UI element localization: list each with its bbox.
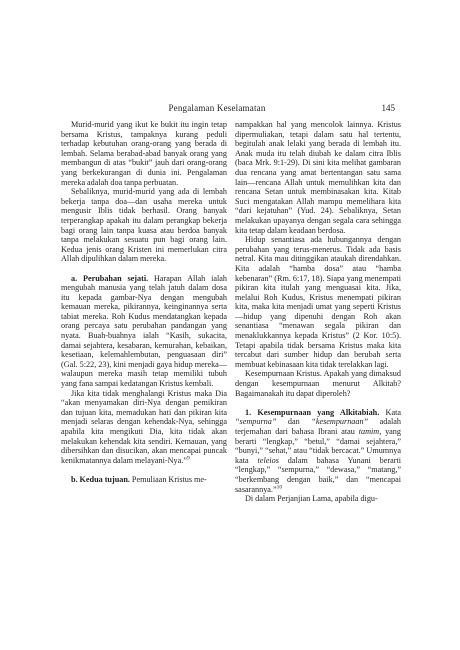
text-run: Harapan Allah ialah mengubah manusia yan… [61,274,227,389]
text-run: Hidup senantiasa ada hubungannya dengan … [235,235,401,369]
paragraph: Murid-murid yang ikut ke bukit itu ingin… [61,120,227,187]
text-run: “sempurna” [235,417,276,426]
paragraph: nampakkan hal yang mencolok lainnya. Kri… [235,120,401,235]
text-run: tamim [359,427,379,436]
text-run: Sebaliknya, murid-murid yang ada di lemb… [61,187,227,263]
paragraph: Di dalam Perjanjian Lama, apabila digu- [235,494,401,504]
paragraph: 1. Kesempurnaan yang Alkitabiah. Kata “s… [235,408,401,494]
paragraph: Jika kita tidak menghalangi Kristus maka… [61,389,227,466]
paragraph: b. Kedua tujuan. Pemuliaan Kristus me- [61,475,227,485]
text-run: Pemuliaan Kristus me- [132,475,207,484]
page-header: Pengalaman Keselamatan 145 [61,103,401,115]
text-run: Murid-murid yang ikut ke bukit itu ingin… [61,120,227,187]
inline-heading: a. Perubahan sejati. [71,274,154,283]
inline-heading: b. Kedua tujuan. [71,475,132,484]
text-run: Kesempurnaan Kristus. Apakah yang dimaks… [235,369,401,397]
footnote-ref: 10 [277,484,283,490]
text-run: Jika kita tidak menghalangi Kristus maka… [61,389,227,465]
text-columns: Murid-murid yang ikut ke bukit itu ingin… [61,120,401,504]
text-run: Di dalam Perjanjian Lama, apabila digu- [245,494,378,503]
book-page: Pengalaman Keselamatan 145 Murid-murid y… [0,0,460,650]
paragraph: Sebaliknya, murid-murid yang ada di lemb… [61,187,227,264]
page-number: 145 [382,103,396,113]
paragraph: a. Perubahan sejati. Harapan Allah ialah… [61,274,227,389]
paragraph: Kesempurnaan Kristus. Apakah yang dimaks… [235,369,401,398]
footnote-ref: 9 [187,455,190,461]
text-run: “kesempurnaan” [311,417,368,426]
text-run: teleios [258,456,279,465]
paragraph: Hidup senantiasa ada hubungannya dengan … [235,235,401,369]
right-column: nampakkan hal yang mencolok lainnya. Kri… [235,120,401,504]
text-run: dan [276,417,311,426]
text-run: Kata [386,408,401,417]
inline-heading: 1. Kesempurnaan yang Alkitabiah. [245,408,386,417]
running-title: Pengalaman Keselamatan [61,103,373,113]
text-run: nampakkan hal yang mencolok lainnya. Kri… [235,120,401,235]
left-column: Murid-murid yang ikut ke bukit itu ingin… [61,120,227,504]
